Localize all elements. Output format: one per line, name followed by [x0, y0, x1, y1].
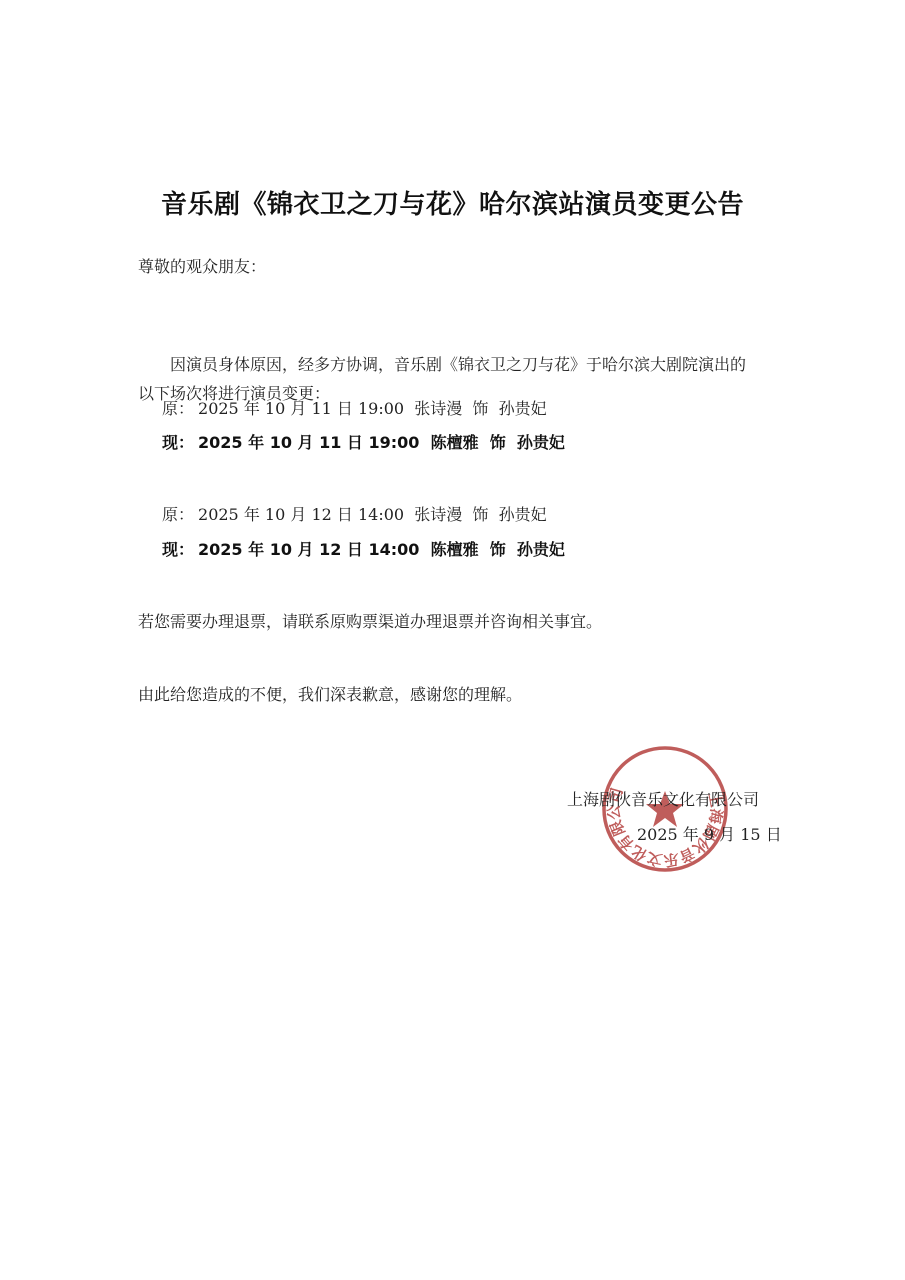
signature-company: 上海剧伙音乐文化有限公司 — [567, 787, 759, 810]
page-title: 音乐剧《锦衣卫之刀与花》哈尔滨站演员变更公告 — [0, 184, 905, 221]
apology: 由此给您造成的不便，我们深表歉意，感谢您的理解。 — [138, 682, 522, 705]
salutation: 尊敬的观众朋友： — [138, 254, 266, 277]
signature-date: 2025 年 9 月 15 日 — [637, 822, 782, 845]
change-2-original: 原：2025 年 10 月 12 日 14:00 张诗漫 饰 孙贵妃 — [162, 502, 551, 525]
original-label: 原： — [162, 399, 194, 418]
refund-note: 若您需要办理退票，请联系原购票渠道办理退票并咨询相关事宜。 — [138, 609, 602, 632]
intro-line-1: 因演员身体原因，经多方协调，音乐剧《锦衣卫之刀与花》于哈尔滨大剧院演出的 — [170, 352, 746, 375]
current-text: 2025 年 10 月 12 日 14:00 陈檀雅 饰 孙贵妃 — [198, 540, 565, 559]
current-label: 现： — [162, 433, 194, 452]
original-text: 2025 年 10 月 11 日 19:00 张诗漫 饰 孙贵妃 — [198, 399, 547, 418]
original-label: 原： — [162, 505, 194, 524]
change-1-original: 原：2025 年 10 月 11 日 19:00 张诗漫 饰 孙贵妃 — [162, 396, 551, 419]
change-1-current: 现：2025 年 10 月 11 日 19:00 陈檀雅 饰 孙贵妃 — [162, 430, 569, 453]
original-text: 2025 年 10 月 12 日 14:00 张诗漫 饰 孙贵妃 — [198, 505, 547, 524]
current-label: 现： — [162, 540, 194, 559]
current-text: 2025 年 10 月 11 日 19:00 陈檀雅 饰 孙贵妃 — [198, 433, 565, 452]
change-2-current: 现：2025 年 10 月 12 日 14:00 陈檀雅 饰 孙贵妃 — [162, 537, 569, 560]
